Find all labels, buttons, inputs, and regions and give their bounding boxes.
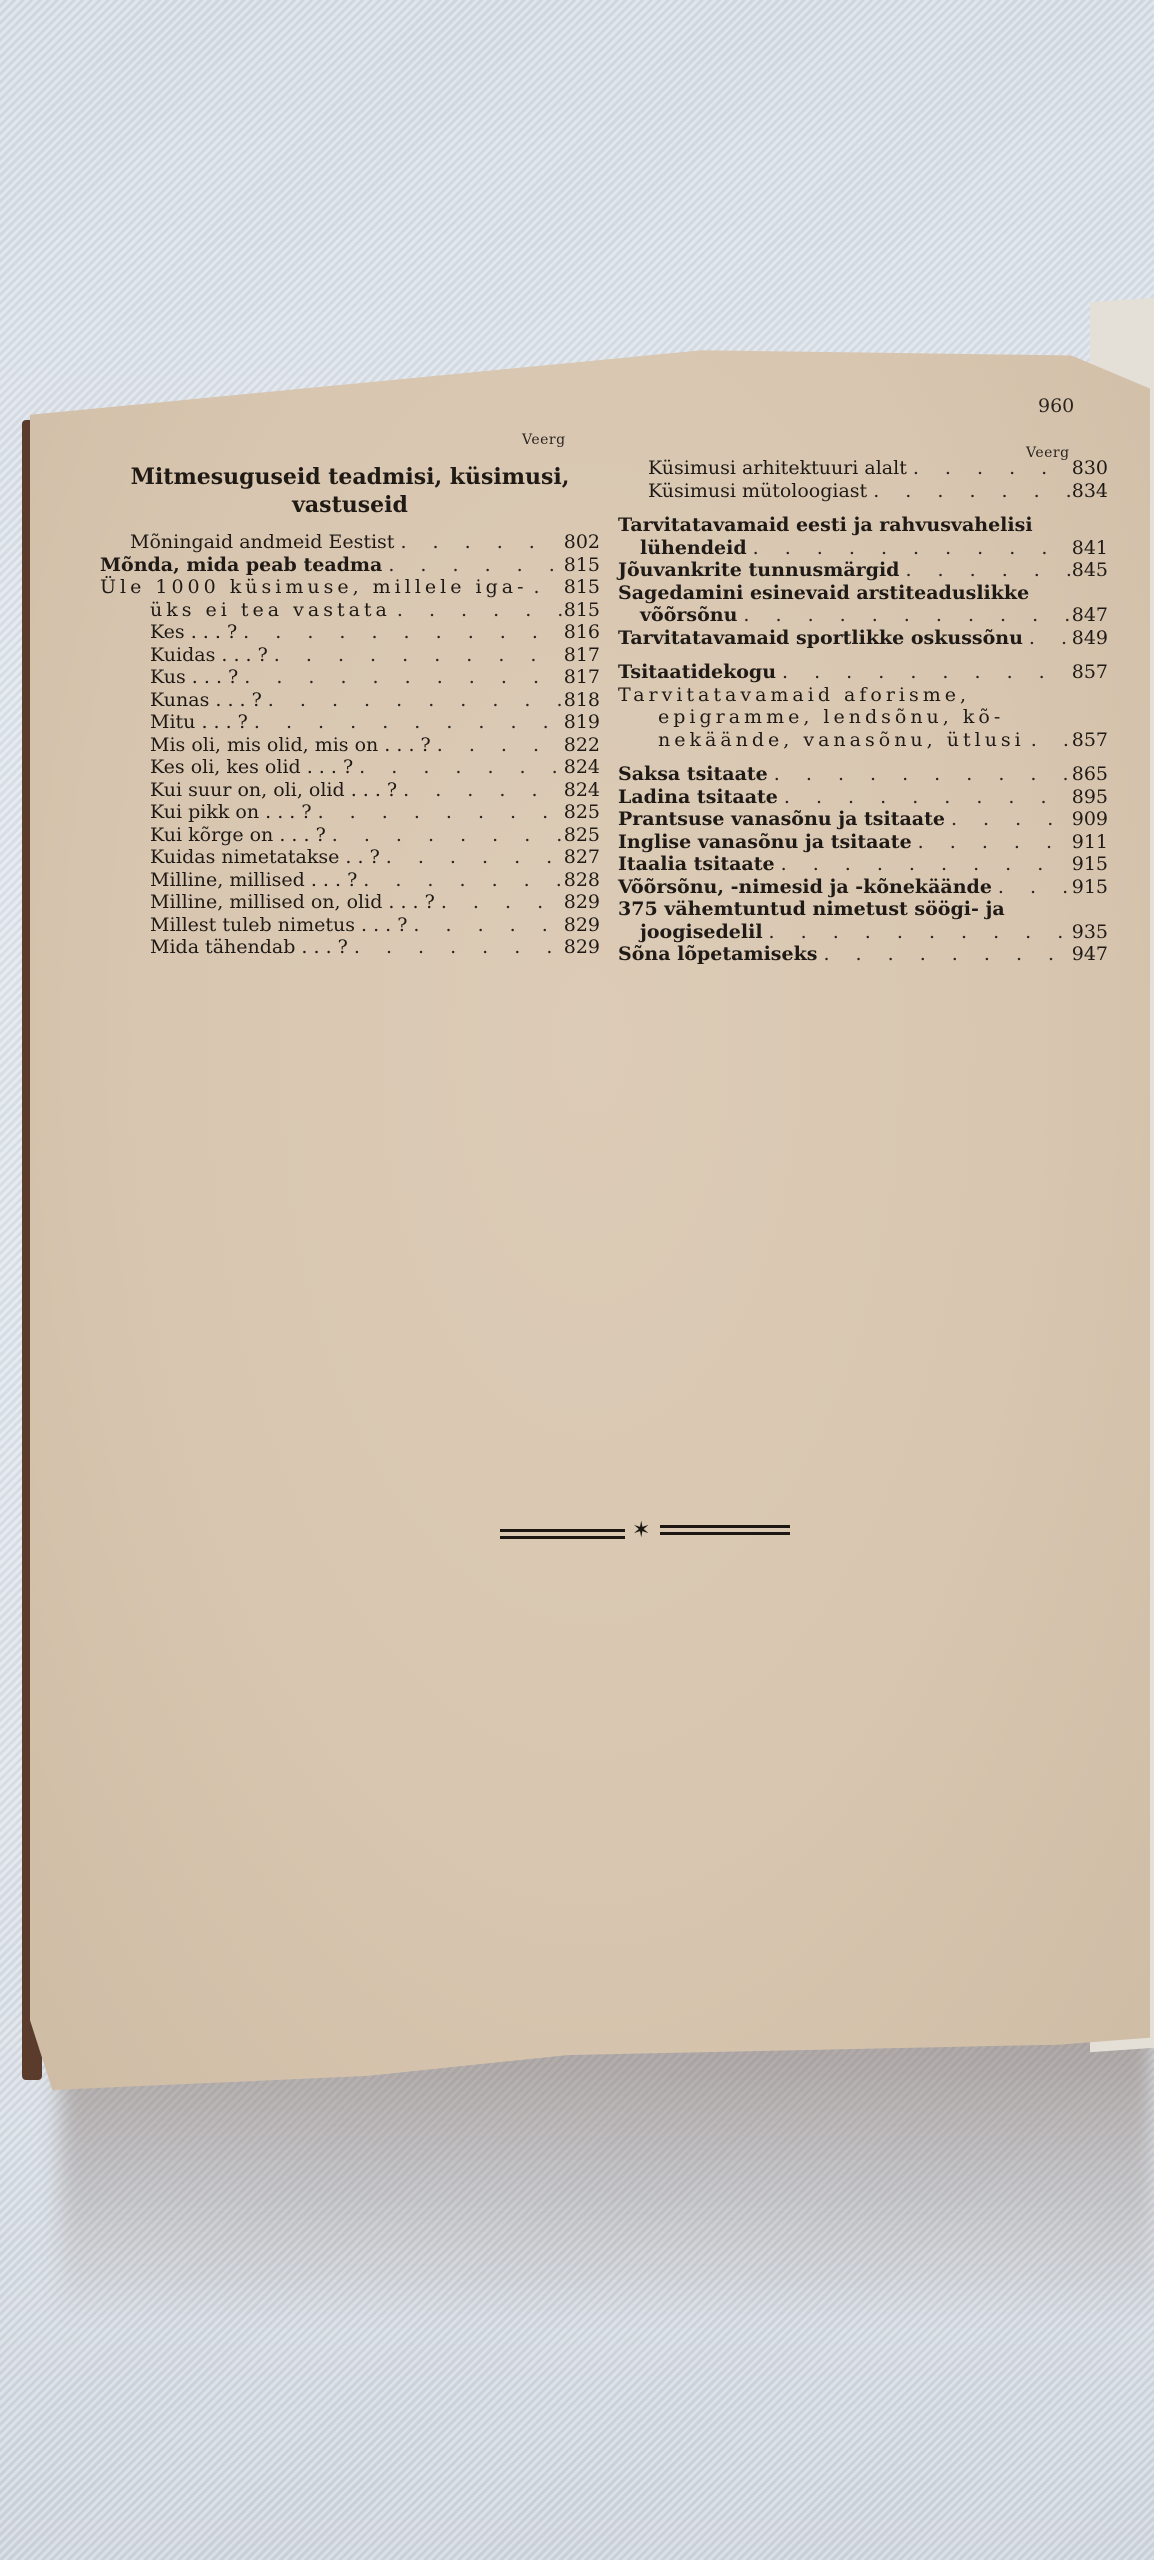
leader-dots: . . . . . . . . . . . . . . . . . . . . … <box>768 763 1070 786</box>
toc-entry-page: 834 <box>1070 480 1108 503</box>
leader-dots: . . . . . . . . . . . . . . . . . . . . … <box>391 599 562 622</box>
toc-entry-label: Milline, millised . . . ? <box>100 869 357 892</box>
leader-dots: . . . . . . . . . . . . . . . . . . . . … <box>907 457 1070 480</box>
leader-dots: . . . . . . . . . . . . . . . . . . . . … <box>867 480 1070 503</box>
toc-entry-page: 857 <box>1070 661 1108 684</box>
toc-entry: Mida tähendab . . . ?. . . . . . . . . .… <box>100 936 600 959</box>
toc-entry-page: 865 <box>1070 763 1108 786</box>
toc-entry: Mis oli, mis olid, mis on . . . ?. . . .… <box>100 734 600 757</box>
toc-entry-label: Küsimusi arhitektuuri alalt <box>618 457 907 480</box>
toc-entry: joogisedelil. . . . . . . . . . . . . . … <box>618 921 1108 944</box>
leader-dots: . . . . . . . . . . . . . . . . . . . . … <box>357 869 562 892</box>
toc-entry-page: 909 <box>1070 808 1108 831</box>
leader-dots: . . . . . . . . . . . . . . . . . . . . … <box>262 689 562 712</box>
toc-entry: Inglise vanasõnu ja tsitaate. . . . . . … <box>618 831 1108 854</box>
toc-entry-label: Tarvitatavamaid sportlikke oskussõnu <box>618 627 1023 650</box>
toc-entry-label: Jõuvankrite tunnusmärgid <box>618 559 899 582</box>
toc-entry-page: 827 <box>562 846 600 869</box>
left-toc-list: Mõningaid andmeid Eestist. . . . . . . .… <box>100 531 600 959</box>
toc-entry: Võõrsõnu, -nimesid ja -kõnekäände. . . .… <box>618 876 1108 899</box>
toc-entry: Millest tuleb nimetus . . . ?. . . . . .… <box>100 914 600 937</box>
toc-entry: Tarvitatavamaid eesti ja rahvusvahelisi <box>618 514 1108 537</box>
toc-entry-label: Mida tähendab . . . ? <box>100 936 348 959</box>
toc-entry: Saksa tsitaate. . . . . . . . . . . . . … <box>618 763 1108 786</box>
toc-entry-page: 817 <box>562 644 600 667</box>
right-toc-column: Küsimusi arhitektuuri alalt. . . . . . .… <box>618 457 1108 966</box>
leader-dots: . . . . . . . . . . . . . . . . . . . . … <box>312 801 562 824</box>
toc-entry: Sõna lõpetamiseks. . . . . . . . . . . .… <box>618 943 1108 966</box>
leader-dots: . . . . . . . . . . . . . . . . . . . . … <box>528 576 562 599</box>
toc-entry: Sagedamini esinevaid arstiteaduslikke <box>618 582 1108 605</box>
leader-dots: . . . . . . . . . . . . . . . . . . . . … <box>747 537 1070 560</box>
toc-entry-label: Kui pikk on . . . ? <box>100 801 312 824</box>
toc-entry: Jõuvankrite tunnusmärgid. . . . . . . . … <box>618 559 1108 582</box>
toc-entry-label: Itaalia tsitaate <box>618 853 775 876</box>
star-icon: ✶ <box>632 1518 650 1543</box>
section-title: Mitmesuguseid teadmisi, küsimusi, vastus… <box>100 463 600 519</box>
toc-entry-page: 829 <box>562 936 600 959</box>
toc-entry-label: võõrsõnu <box>618 604 737 627</box>
toc-entry-label: Tarvitatavamaid eesti ja rahvusvahelisi <box>618 514 1033 537</box>
leader-dots: . . . . . . . . . . . . . . . . . . . . … <box>353 756 562 779</box>
leader-dots: . . . . . . . . . . . . . . . . . . . . … <box>431 734 562 757</box>
toc-entry-label: Mitu . . . ? <box>100 711 248 734</box>
leader-dots: . . . . . . . . . . . . . . . . . . . . … <box>737 604 1070 627</box>
leader-dots: . . . . . . . . . . . . . . . . . . . . … <box>775 853 1070 876</box>
toc-entry: Itaalia tsitaate. . . . . . . . . . . . … <box>618 853 1108 876</box>
toc-entry-page: 825 <box>562 801 600 824</box>
ornament-divider: ✶ <box>500 1525 790 1545</box>
toc-entry: Kunas . . . ?. . . . . . . . . . . . . .… <box>100 689 600 712</box>
toc-entry: epigramme, lendsõnu, kõ- <box>618 706 1108 729</box>
toc-entry: Milline, millised on, olid . . . ?. . . … <box>100 891 600 914</box>
toc-entry-label: epigramme, lendsõnu, kõ- <box>618 706 1004 729</box>
toc-entry-page: 822 <box>562 734 600 757</box>
toc-entry-page: 815 <box>562 576 600 599</box>
toc-entry-label: Kes oli, kes olid . . . ? <box>100 756 353 779</box>
toc-entry-page: 802 <box>562 531 600 554</box>
toc-entry-page: 816 <box>562 621 600 644</box>
toc-entry-label: Mõnda, mida peab teadma <box>100 554 382 577</box>
toc-entry-page: 829 <box>562 914 600 937</box>
leader-dots: . . . . . . . . . . . . . . . . . . . . … <box>394 531 562 554</box>
toc-entry-page: 895 <box>1070 786 1108 809</box>
leader-dots: . . . . . . . . . . . . . . . . . . . . … <box>380 846 562 869</box>
toc-entry-label: Prantsuse vanasõnu ja tsitaate <box>618 808 945 831</box>
leader-dots: . . . . . . . . . . . . . . . . . . . . … <box>268 644 562 667</box>
toc-entry-page: 845 <box>1070 559 1108 582</box>
toc-entry: Kuidas . . . ?. . . . . . . . . . . . . … <box>100 644 600 667</box>
toc-entry-page: 857 <box>1070 729 1108 752</box>
toc-entry: Tarvitatavamaid aforisme, <box>618 684 1108 707</box>
toc-entry-page: 819 <box>562 711 600 734</box>
toc-entry-label: Kes . . . ? <box>100 621 237 644</box>
leader-dots: . . . . . . . . . . . . . . . . . . . . … <box>912 831 1070 854</box>
toc-entry-label: lühendeid <box>618 537 747 560</box>
toc-entry-label: Mis oli, mis olid, mis on . . . ? <box>100 734 431 757</box>
toc-entry: Küsimusi arhitektuuri alalt. . . . . . .… <box>618 457 1108 480</box>
toc-entry-label: Milline, millised on, olid . . . ? <box>100 891 435 914</box>
toc-entry-page: 841 <box>1070 537 1108 560</box>
toc-entry-label: Kuidas . . . ? <box>100 644 268 667</box>
toc-entry-page: 849 <box>1070 627 1108 650</box>
toc-entry-page: 828 <box>562 869 600 892</box>
toc-entry: üks ei tea vastata. . . . . . . . . . . … <box>100 599 600 622</box>
leader-dots: . . . . . . . . . . . . . . . . . . . . … <box>326 824 562 847</box>
toc-entry-page: 911 <box>1070 831 1108 854</box>
leader-dots: . . . . . . . . . . . . . . . . . . . . … <box>237 621 562 644</box>
leader-dots: . . . . . . . . . . . . . . . . . . . . … <box>407 914 562 937</box>
toc-entry: Mõnda, mida peab teadma. . . . . . . . .… <box>100 554 600 577</box>
leader-dots: . . . . . . . . . . . . . . . . . . . . … <box>817 943 1070 966</box>
left-toc-column: Mitmesuguseid teadmisi, küsimusi, vastus… <box>100 463 600 959</box>
toc-entry-label: Kuidas nimetatakse . . ? <box>100 846 380 869</box>
toc-entry: Kui pikk on . . . ?. . . . . . . . . . .… <box>100 801 600 824</box>
leader-dots: . . . . . . . . . . . . . . . . . . . . … <box>1023 627 1070 650</box>
toc-entry-label: 375 vähemtuntud nimetust söögi- ja <box>618 898 1005 921</box>
toc-entry: Kes . . . ?. . . . . . . . . . . . . . .… <box>100 621 600 644</box>
toc-entry: Kui kõrge on . . . ?. . . . . . . . . . … <box>100 824 600 847</box>
toc-entry-label: Sõna lõpetamiseks <box>618 943 817 966</box>
toc-entry: Kuidas nimetatakse . . ?. . . . . . . . … <box>100 846 600 869</box>
toc-entry: Tarvitatavamaid sportlikke oskussõnu. . … <box>618 627 1108 650</box>
leader-dots: . . . . . . . . . . . . . . . . . . . . … <box>776 661 1070 684</box>
right-page-number: 960 <box>1038 395 1074 417</box>
toc-entry-label: Kui kõrge on . . . ? <box>100 824 326 847</box>
toc-entry: Tsitaatidekogu. . . . . . . . . . . . . … <box>618 661 1108 684</box>
toc-entry-label: Saksa tsitaate <box>618 763 768 786</box>
toc-entry-label: Võõrsõnu, -nimesid ja -kõnekäände <box>618 876 992 899</box>
toc-entry-label: Üle 1000 küsimuse, millele iga- <box>100 576 528 599</box>
toc-entry-page: 815 <box>562 554 600 577</box>
toc-entry: 375 vähemtuntud nimetust söögi- ja <box>618 898 1108 921</box>
right-toc-list: Küsimusi arhitektuuri alalt. . . . . . .… <box>618 457 1108 966</box>
toc-entry-page: 825 <box>562 824 600 847</box>
leader-dots: . . . . . . . . . . . . . . . . . . . . … <box>778 786 1070 809</box>
toc-entry-label: nekäände, vanasõnu, ütlusi <box>618 729 1025 752</box>
leader-dots: . . . . . . . . . . . . . . . . . . . . … <box>1025 729 1070 752</box>
toc-entry: Kes oli, kes olid . . . ?. . . . . . . .… <box>100 756 600 779</box>
book-page: 959 Veerg 960 Veerg Mitmesuguseid teadmi… <box>30 345 1150 2090</box>
toc-entry-label: Tsitaatidekogu <box>618 661 776 684</box>
toc-entry-label: Sagedamini esinevaid arstiteaduslikke <box>618 582 1029 605</box>
toc-entry-label: Ladina tsitaate <box>618 786 778 809</box>
toc-entry-label: joogisedelil <box>618 921 763 944</box>
leader-dots: . . . . . . . . . . . . . . . . . . . . … <box>899 559 1070 582</box>
toc-entry-page: 829 <box>562 891 600 914</box>
left-column-label: Veerg <box>522 432 566 448</box>
toc-entry: Ladina tsitaate. . . . . . . . . . . . .… <box>618 786 1108 809</box>
toc-entry: Prantsuse vanasõnu ja tsitaate. . . . . … <box>618 808 1108 831</box>
toc-entry-page: 915 <box>1070 853 1108 876</box>
toc-entry-page: 824 <box>562 779 600 802</box>
toc-entry: Mitu . . . ?. . . . . . . . . . . . . . … <box>100 711 600 734</box>
toc-entry: Kui suur on, oli, olid . . . ?. . . . . … <box>100 779 600 802</box>
toc-entry: võõrsõnu. . . . . . . . . . . . . . . . … <box>618 604 1108 627</box>
toc-entry-label: Kus . . . ? <box>100 666 238 689</box>
toc-entry-page: 824 <box>562 756 600 779</box>
toc-entry-page: 818 <box>562 689 600 712</box>
toc-entry-page: 947 <box>1070 943 1108 966</box>
leader-dots: . . . . . . . . . . . . . . . . . . . . … <box>238 666 562 689</box>
toc-entry-label: üks ei tea vastata <box>100 599 391 622</box>
leader-dots: . . . . . . . . . . . . . . . . . . . . … <box>382 554 562 577</box>
leader-dots: . . . . . . . . . . . . . . . . . . . . … <box>348 936 562 959</box>
toc-entry: Milline, millised . . . ?. . . . . . . .… <box>100 869 600 892</box>
toc-entry-page: 830 <box>1070 457 1108 480</box>
leader-dots: . . . . . . . . . . . . . . . . . . . . … <box>763 921 1070 944</box>
toc-entry: Küsimusi mütoloogiast. . . . . . . . . .… <box>618 480 1108 503</box>
toc-entry-page: 915 <box>1070 876 1108 899</box>
toc-entry-label: Kunas . . . ? <box>100 689 262 712</box>
toc-entry-label: Inglise vanasõnu ja tsitaate <box>618 831 912 854</box>
leader-dots: . . . . . . . . . . . . . . . . . . . . … <box>397 779 562 802</box>
toc-entry-label: Mõningaid andmeid Eestist <box>100 531 394 554</box>
toc-entry: lühendeid. . . . . . . . . . . . . . . .… <box>618 537 1108 560</box>
toc-entry-page: 935 <box>1070 921 1108 944</box>
toc-entry-page: 815 <box>562 599 600 622</box>
toc-entry: Üle 1000 küsimuse, millele iga-. . . . .… <box>100 576 600 599</box>
toc-entry: nekäände, vanasõnu, ütlusi. . . . . . . … <box>618 729 1108 752</box>
toc-entry-page: 817 <box>562 666 600 689</box>
toc-entry-label: Millest tuleb nimetus . . . ? <box>100 914 407 937</box>
toc-entry-label: Tarvitatavamaid aforisme, <box>618 684 970 707</box>
leader-dots: . . . . . . . . . . . . . . . . . . . . … <box>945 808 1070 831</box>
toc-entry-label: Küsimusi mütoloogiast <box>618 480 867 503</box>
leader-dots: . . . . . . . . . . . . . . . . . . . . … <box>248 711 562 734</box>
toc-entry: Mõningaid andmeid Eestist. . . . . . . .… <box>100 531 600 554</box>
leader-dots: . . . . . . . . . . . . . . . . . . . . … <box>992 876 1070 899</box>
toc-entry: Kus . . . ?. . . . . . . . . . . . . . .… <box>100 666 600 689</box>
toc-entry-page: 847 <box>1070 604 1108 627</box>
leader-dots: . . . . . . . . . . . . . . . . . . . . … <box>435 891 562 914</box>
toc-entry-label: Kui suur on, oli, olid . . . ? <box>100 779 397 802</box>
